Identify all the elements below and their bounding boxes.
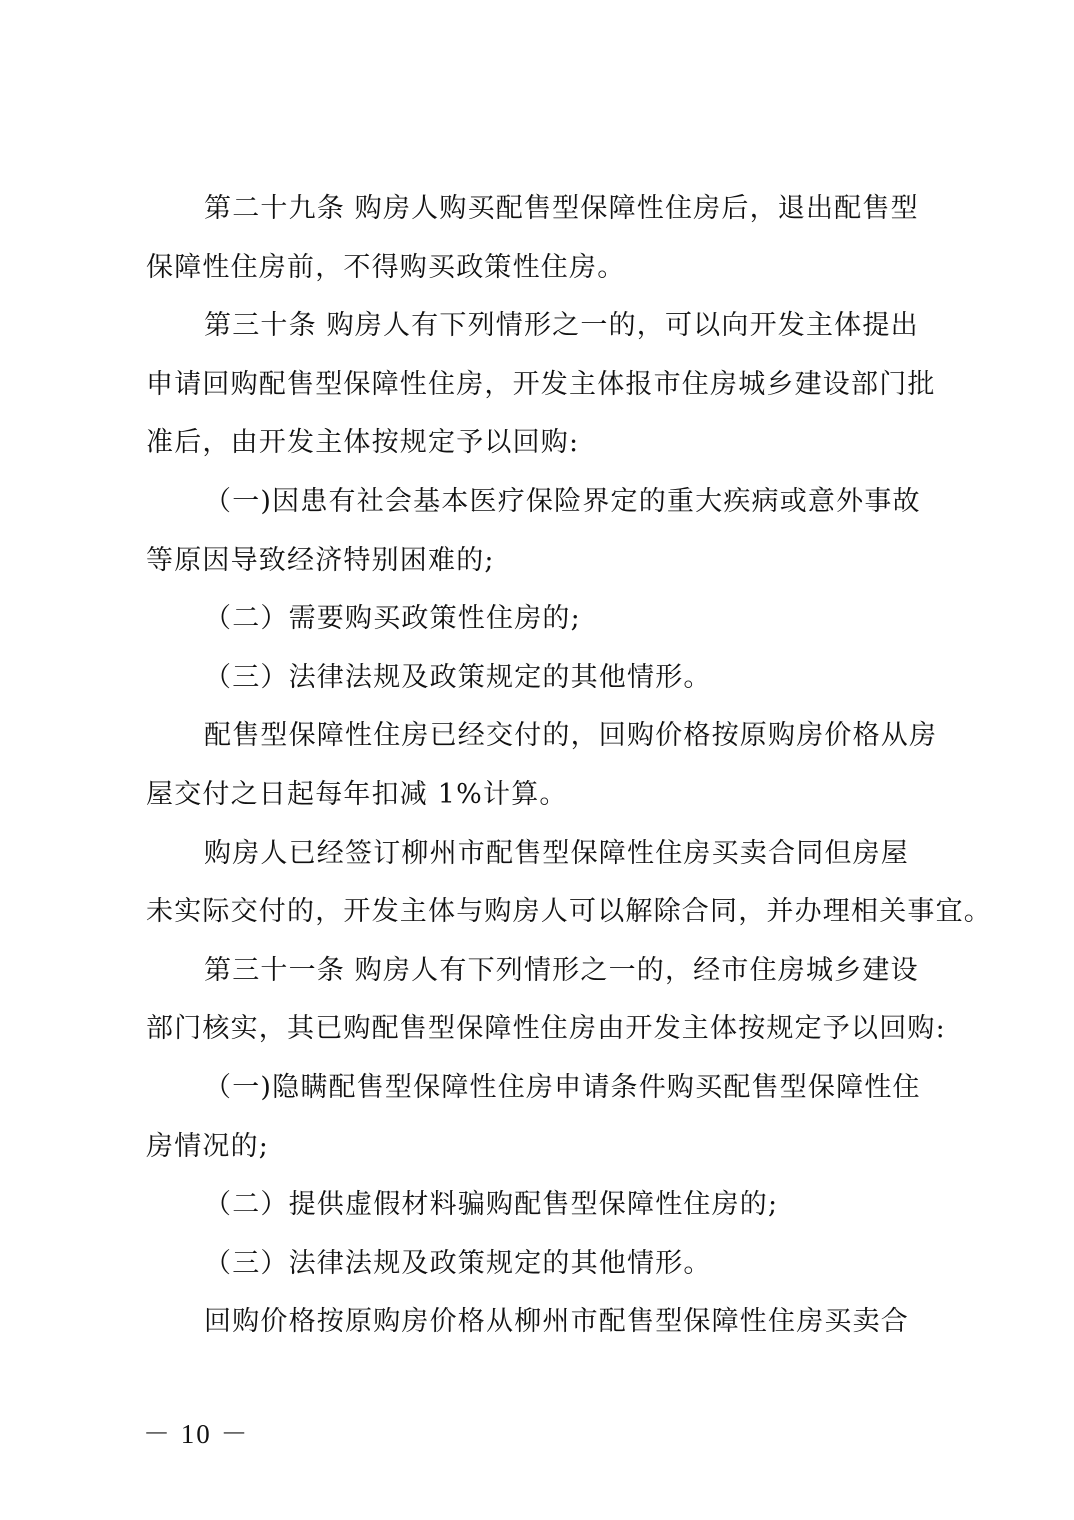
article-31-item-1-line-2: 房情况的;: [146, 1124, 942, 1183]
article-30-item-1-line-1: （一)因患有社会基本医疗保险界定的重大疾病或意外事故: [146, 479, 942, 538]
article-30-item-1-line-2: 等原因导致经济特别困难的;: [146, 538, 942, 597]
page-number: － 10 －: [143, 1412, 250, 1451]
article-30-para-contract-line-1: 购房人已经签订柳州市配售型保障性住房买卖合同但房屋: [146, 831, 942, 890]
document-body: 第二十九条 购房人购买配售型保障性住房后，退出配售型 保障性住房前，不得购买政策…: [146, 186, 942, 1358]
article-31-line-2: 部门核实，其已购配售型保障性住房由开发主体按规定予以回购:: [146, 1006, 942, 1065]
article-29-line-2: 保障性住房前，不得购买政策性住房。: [146, 245, 942, 304]
article-31-item-3: （三）法律法规及政策规定的其他情形。: [146, 1241, 942, 1300]
article-30-item-2: （二）需要购买政策性住房的;: [146, 596, 942, 655]
article-31-item-2: （二）提供虚假材料骗购配售型保障性住房的;: [146, 1182, 942, 1241]
article-30-para-price-line-2: 屋交付之日起每年扣减 1%计算。: [146, 772, 942, 831]
article-30-item-3: （三）法律法规及政策规定的其他情形。: [146, 655, 942, 714]
article-31-line-1: 第三十一条 购房人有下列情形之一的，经市住房城乡建设: [146, 948, 942, 1007]
article-30-line-3: 准后，由开发主体按规定予以回购:: [146, 420, 942, 479]
article-30-para-contract-line-2: 未实际交付的，开发主体与购房人可以解除合同，并办理相关事宜。: [146, 889, 942, 948]
article-31-item-1-line-1: （一)隐瞒配售型保障性住房申请条件购买配售型保障性住: [146, 1065, 942, 1124]
article-30-para-price-line-1: 配售型保障性住房已经交付的，回购价格按原购房价格从房: [146, 713, 942, 772]
article-31-para-price-line-1: 回购价格按原购房价格从柳州市配售型保障性住房买卖合: [146, 1299, 942, 1358]
document-page: 第二十九条 购房人购买配售型保障性住房后，退出配售型 保障性住房前，不得购买政策…: [0, 0, 1074, 1520]
article-29-line-1: 第二十九条 购房人购买配售型保障性住房后，退出配售型: [146, 186, 942, 245]
article-30-line-1: 第三十条 购房人有下列情形之一的，可以向开发主体提出: [146, 303, 942, 362]
article-30-line-2: 申请回购配售型保障性住房，开发主体报市住房城乡建设部门批: [146, 362, 942, 421]
